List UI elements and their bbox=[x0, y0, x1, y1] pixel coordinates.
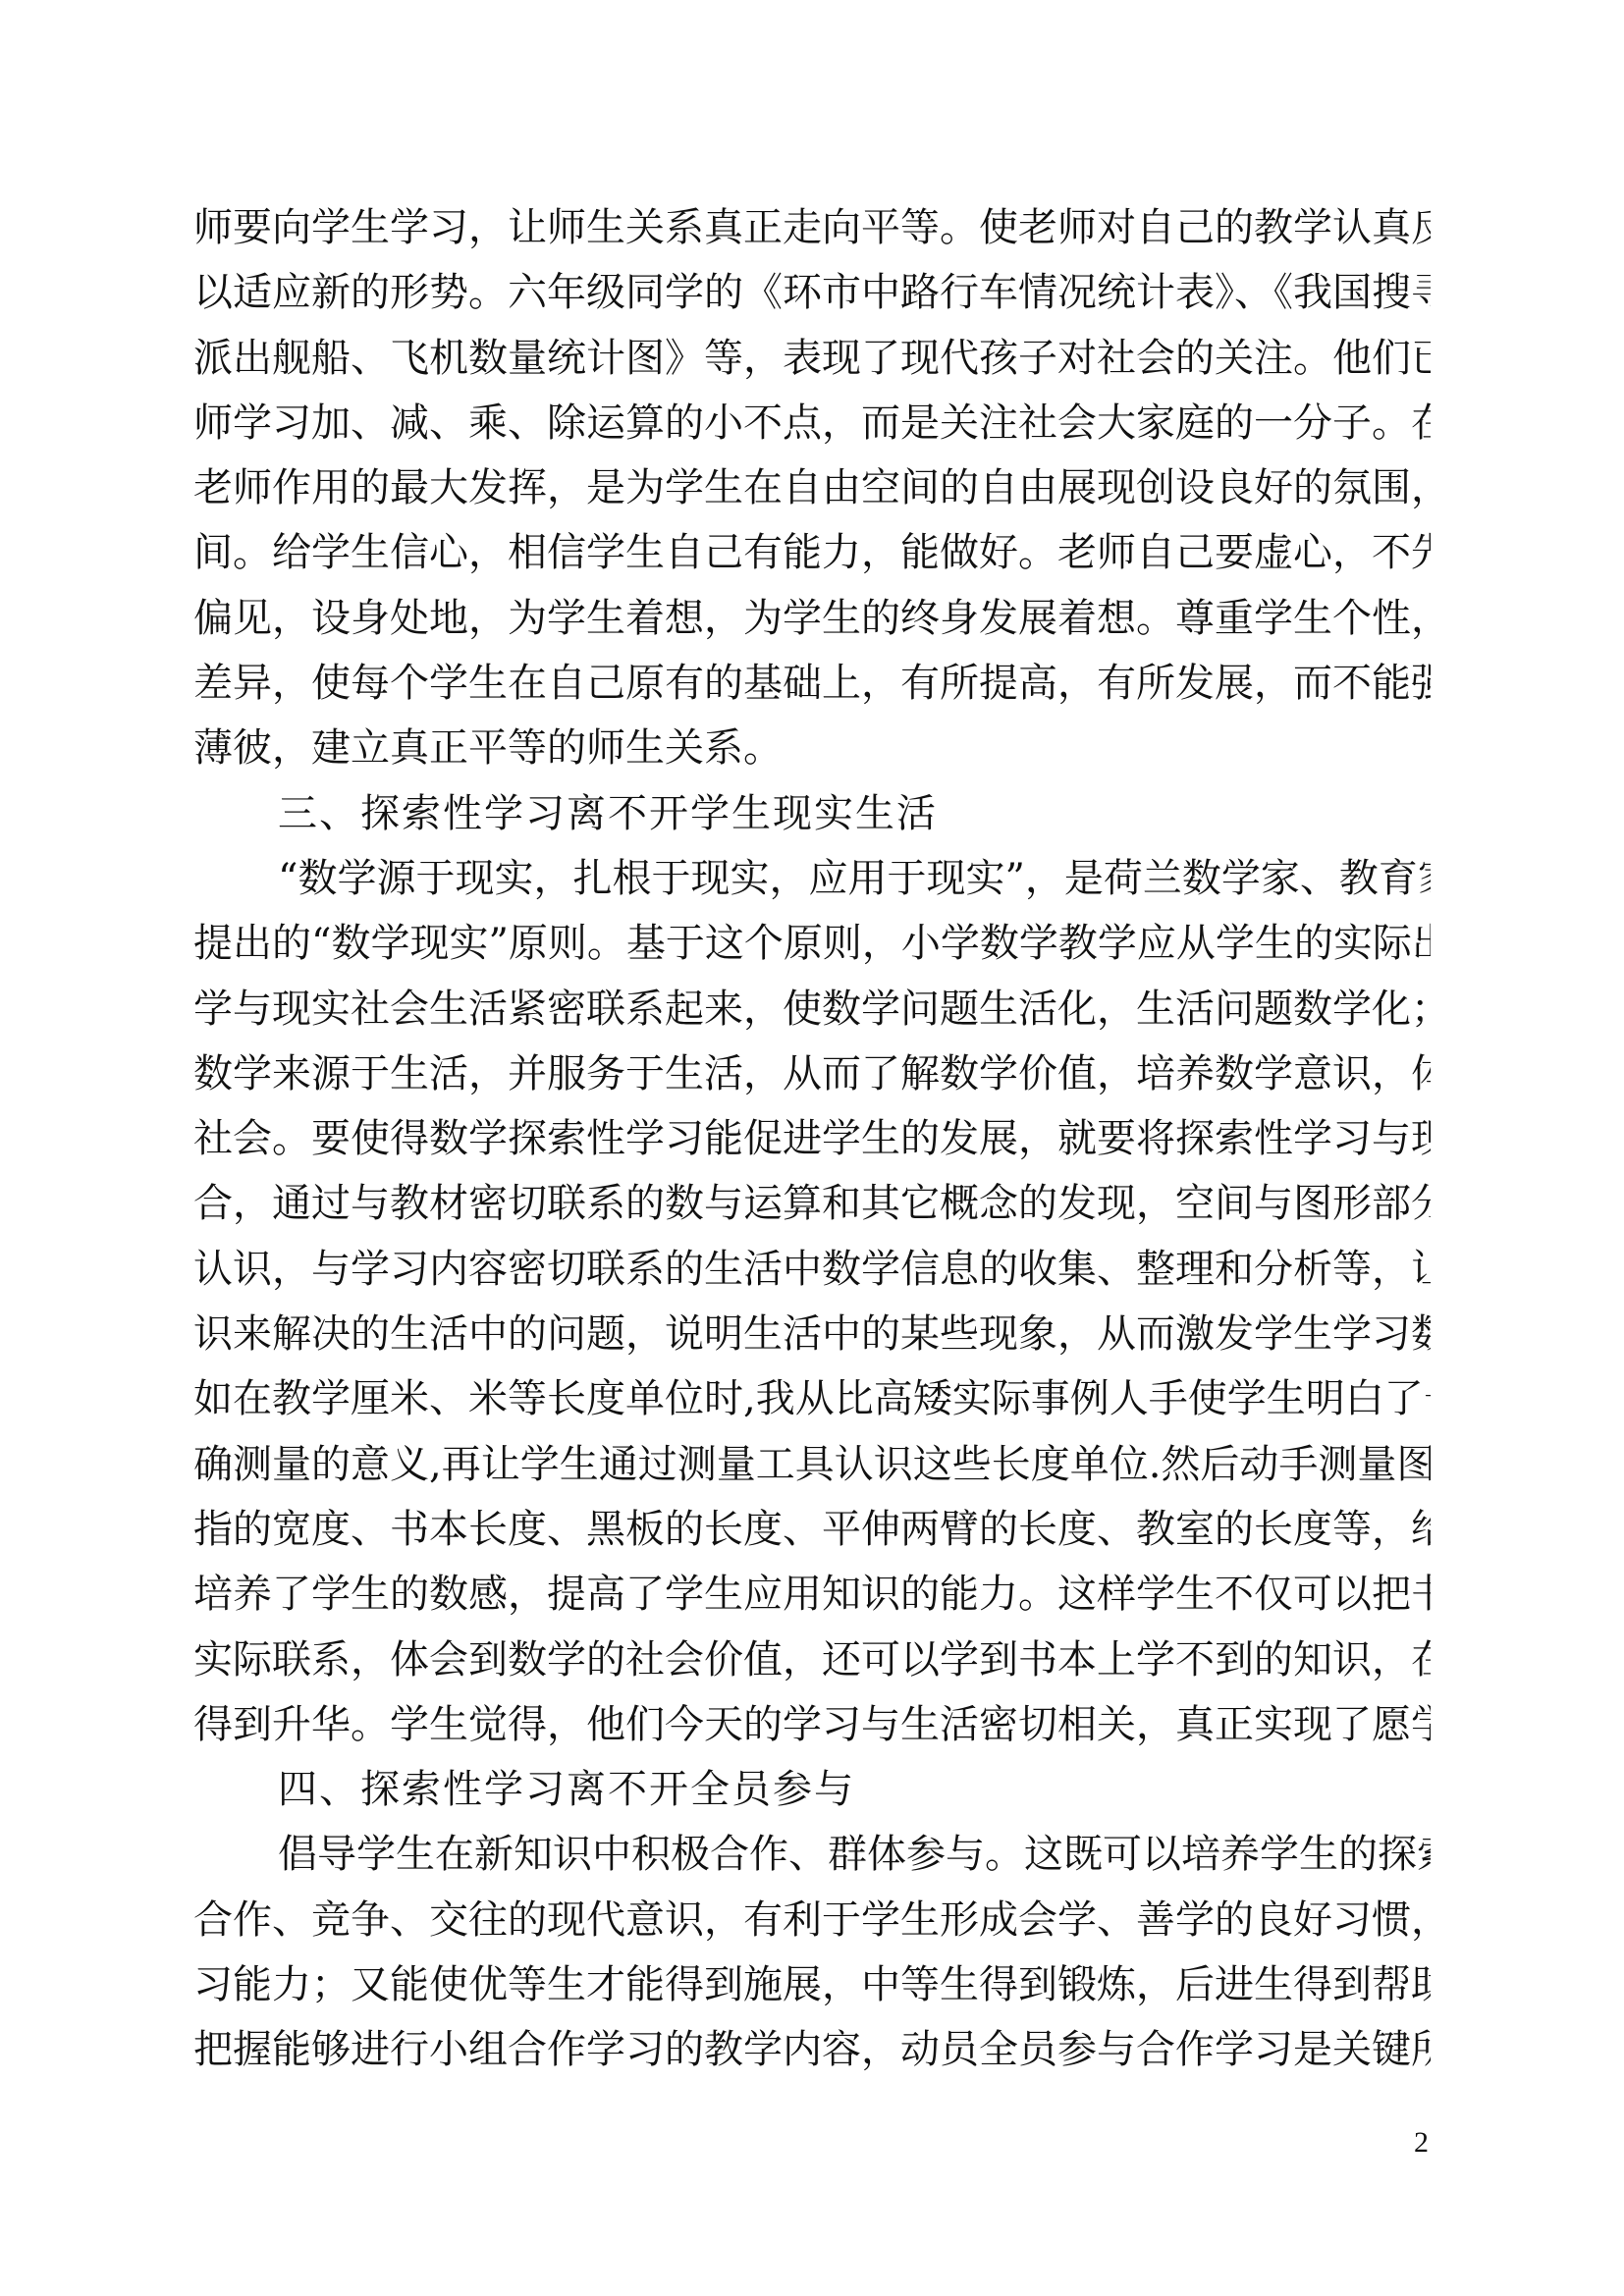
text-line: 识来解决的生活中的问题，说明生活中的某些现象，从而激发学生学习数学的兴趣。例 bbox=[193, 1302, 1431, 1366]
text-line: 把握能够进行小组合作学习的教学内容，动员全员参与合作学习是关键所在。为了使小 bbox=[193, 2017, 1431, 2082]
text-line: 派出舰船、飞机数量统计图》等，表现了现代孩子对社会的关注。他们已不再只是向老 bbox=[193, 326, 1431, 391]
page-number: 2 bbox=[1414, 2125, 1429, 2161]
section-heading-4: 四、探索性学习离不开全员参与 bbox=[193, 1757, 1431, 1822]
text-line: 合，通过与教材密切联系的数与运算和其它概念的发现，空间与图形部分的几何形体的 bbox=[193, 1171, 1431, 1236]
text-line: “数学源于现实，扎根于现实，应用于现实”，是荷兰数学家、教育家氟赖登塔尔 bbox=[193, 846, 1431, 911]
text-line: 指的宽度、书本长度、黑板的长度、平伸两臂的长度、教室的长度等，给同学测量身高, bbox=[193, 1497, 1431, 1562]
text-line: 确测量的意义,再让学生通过测量工具认识这些长度单位.然后动手测量图钉的长度、食 bbox=[193, 1432, 1431, 1497]
text-line: 如在教学厘米、米等长度单位时,我从比高矮实际事例人手使学生明白了长度单位对于精 bbox=[193, 1366, 1431, 1431]
text-line: 习能力；又能使优等生才能得到施展，中等生得到锻炼，后进生得到帮助。在这里正确 bbox=[193, 1952, 1431, 2017]
text-line: 薄彼，建立真正平等的师生关系。 bbox=[193, 716, 1431, 780]
body-text: 师要向学生学习，让师生关系真正走向平等。使老师对自己的教学认真反思，调整自己， … bbox=[193, 195, 1431, 2083]
paragraph-teacher-student-relationship: 师要向学生学习，让师生关系真正走向平等。使老师对自己的教学认真反思，调整自己， … bbox=[193, 195, 1431, 781]
text-line: 合作、竞争、交往的现代意识，有利于学生形成会学、善学的良好习惯，进一步提高学 bbox=[193, 1888, 1431, 1952]
text-line: 认识，与学习内容密切联系的生活中数学信息的收集、整理和分析等，让学生用所学知 bbox=[193, 1237, 1431, 1302]
text-line: 偏见，设身处地，为学生着想，为学生的终身发展着想。尊重学生个性，尊重人与人的 bbox=[193, 586, 1431, 651]
text-line: 实际联系，体会到数学的社会价值，还可以学到书本上学不到的知识，在实践中使知识 bbox=[193, 1628, 1431, 1692]
text-line: 提出的“数学现实”原则。基于这个原则，小学数学教学应从学生的实际出发，把数学教 bbox=[193, 911, 1431, 976]
text-line: 差异，使每个学生在自己原有的基础上，有所提高，有所发展，而不能强求一律，厚此 bbox=[193, 651, 1431, 716]
text-line: 以适应新的形势。六年级同学的《环市中路行车情况统计表》、《我国搜寻飞行员王伟 bbox=[193, 260, 1431, 325]
paragraph-full-participation: 倡导学生在新知识中积极合作、群体参与。这既可以培养学生的探索精神及参与、 合作、… bbox=[193, 1822, 1431, 2082]
text-line: 倡导学生在新知识中积极合作、群体参与。这既可以培养学生的探索精神及参与、 bbox=[193, 1822, 1431, 1887]
text-line: 数学来源于生活，并服务于生活，从而了解数学价值，培养数学意识，体验生活，认识 bbox=[193, 1041, 1431, 1106]
text-line: 学与现实社会生活紧密联系起来，使数学问题生活化，生活问题数学化；使学生感受到 bbox=[193, 977, 1431, 1041]
text-line: 师学习加、减、乘、除运算的小不点，而是关注社会大家庭的一分子。在探索性学习中， bbox=[193, 391, 1431, 455]
paragraph-real-life: “数学源于现实，扎根于现实，应用于现实”，是荷兰数学家、教育家氟赖登塔尔 提出的… bbox=[193, 846, 1431, 1757]
text-line: 老师作用的最大发挥，是为学生在自由空间的自由展现创设良好的氛围，提供广阔的空 bbox=[193, 455, 1431, 520]
text-line: 得到升华。学生觉得，他们今天的学习与生活密切相关，真正实现了愿学、乐学、会学。 bbox=[193, 1692, 1431, 1757]
text-line: 社会。要使得数学探索性学习能促进学生的发展，就要将探索性学习与现实生活密切结 bbox=[193, 1106, 1431, 1171]
text-line: 师要向学生学习，让师生关系真正走向平等。使老师对自己的教学认真反思，调整自己， bbox=[193, 195, 1431, 260]
document-page: 师要向学生学习，让师生关系真正走向平等。使老师对自己的教学认真反思，调整自己， … bbox=[0, 0, 1624, 2296]
section-heading-3: 三、探索性学习离不开学生现实生活 bbox=[193, 781, 1431, 846]
text-line: 间。给学生信心，相信学生自己有能力，能做好。老师自己要虚心，不先入为主，不存 bbox=[193, 520, 1431, 585]
text-line: 培养了学生的数感，提高了学生应用知识的能力。这样学生不仅可以把书本上的知识与 bbox=[193, 1562, 1431, 1627]
